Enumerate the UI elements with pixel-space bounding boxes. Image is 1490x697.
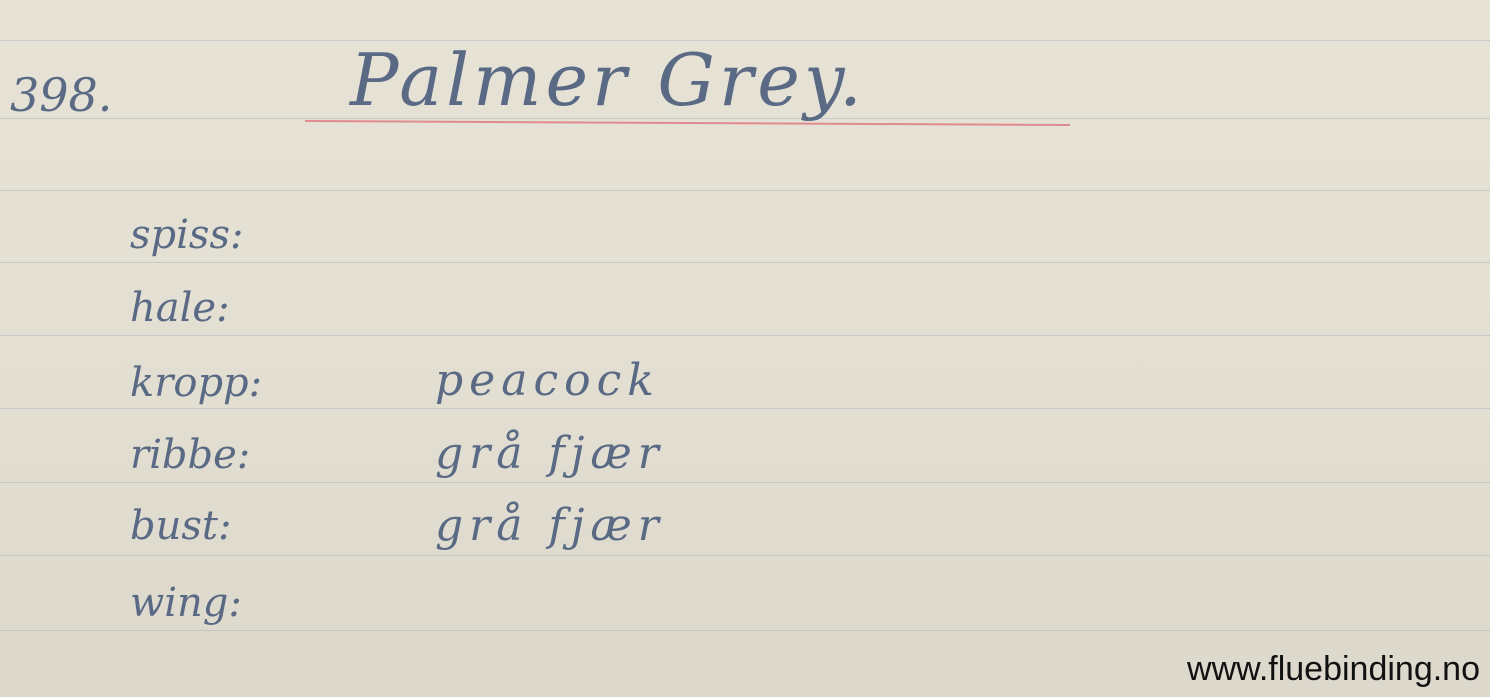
ruled-line — [0, 630, 1490, 631]
field-label-ribbe: ribbe: — [130, 432, 250, 478]
ruled-line — [0, 335, 1490, 336]
page-title: Palmer Grey. — [350, 38, 866, 122]
watermark-url: www.fluebinding.no — [1187, 650, 1480, 689]
ruled-line — [0, 262, 1490, 263]
ruled-line — [0, 555, 1490, 556]
field-label-hale: hale: — [130, 285, 230, 331]
field-label-spiss: spiss: — [130, 212, 243, 258]
ruled-line — [0, 482, 1490, 483]
field-value-kropp: peacock — [435, 355, 660, 406]
field-label-wing: wing: — [130, 580, 242, 626]
entry-number: 398. — [10, 68, 112, 122]
field-label-kropp: kropp: — [130, 360, 262, 406]
ruled-line — [0, 190, 1490, 191]
field-value-bust: grå fjær — [435, 500, 665, 551]
notebook-page: 398. Palmer Grey. spiss: hale: kropp: pe… — [0, 0, 1490, 697]
ruled-line — [0, 408, 1490, 409]
field-value-ribbe: grå fjær — [435, 428, 665, 479]
field-label-bust: bust: — [130, 503, 231, 549]
